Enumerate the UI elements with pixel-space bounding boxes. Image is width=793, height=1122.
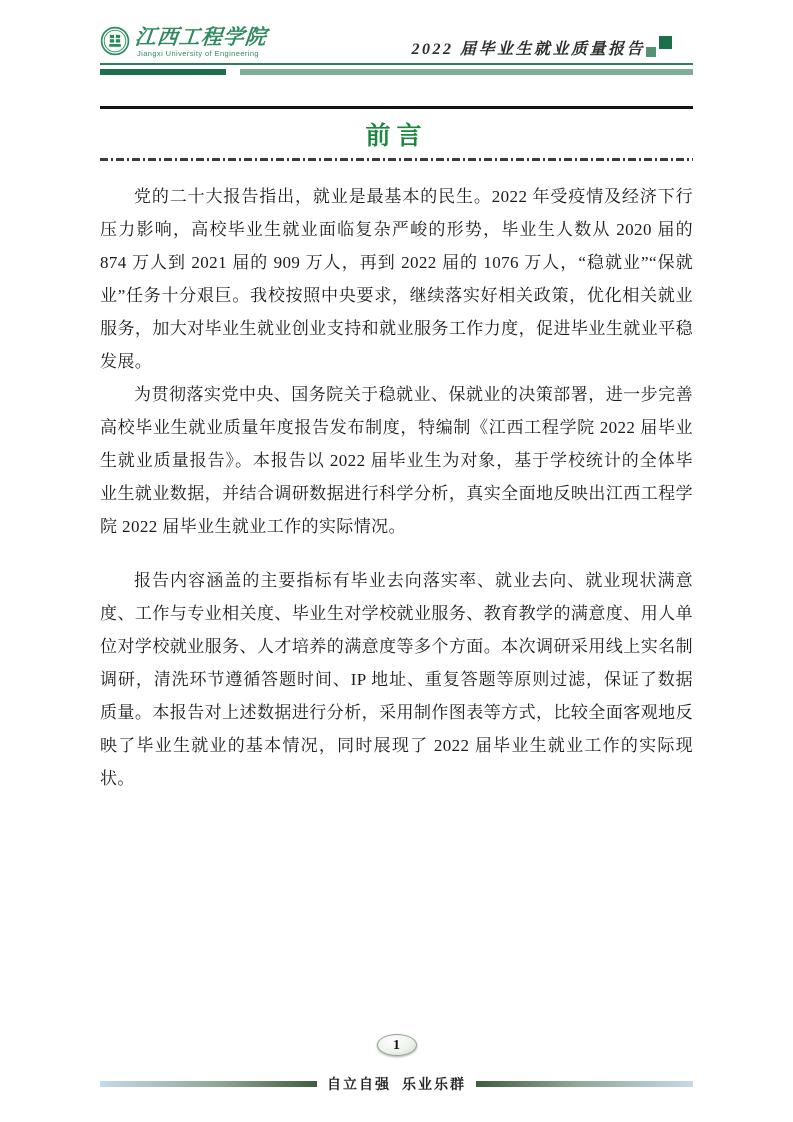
footer-gradient-bar-right [476, 1081, 693, 1087]
footer-motto-text: 自立自强 乐业乐群 [317, 1074, 476, 1094]
header-report-title: 2022 届毕业生就业质量报告 [411, 36, 645, 59]
header-rule-segment-gap [226, 69, 240, 75]
footer-motto-row: 自立自强 乐业乐群 [100, 1074, 693, 1094]
preface-body: 党的二十大报告指出，就业是最基本的民生。2022 年受疫情及经济下行压力影响，高… [100, 180, 693, 795]
header-rule-segment-dark [100, 69, 226, 75]
page-number-container: 1 [0, 1034, 793, 1056]
logo-text: 江西工程学院 Jiangxi University of Engineering [135, 26, 267, 58]
university-name-zh: 江西工程学院 [134, 26, 268, 48]
report-page: 江西工程学院 Jiangxi University of Engineering… [0, 0, 793, 1122]
main-content: 前言 党的二十大报告指出，就业是最基本的民生。2022 年受疫情及经济下行压力影… [100, 106, 693, 795]
university-logo: 江西工程学院 Jiangxi University of Engineering [100, 26, 267, 58]
footer-gradient-bar-left [100, 1081, 317, 1087]
university-name-en: Jiangxi University of Engineering [135, 49, 267, 58]
paragraph: 为贯彻落实党中央、国务院关于稳就业、保就业的决策部署，进一步完善高校毕业生就业质… [100, 378, 693, 543]
page-number-badge: 1 [377, 1034, 417, 1056]
title-bottom-dashed-rule [100, 158, 693, 161]
university-emblem-icon [100, 26, 130, 56]
header-rule-segment-light [240, 69, 693, 75]
decor-square-light [646, 47, 656, 57]
page-header: 江西工程学院 Jiangxi University of Engineering… [100, 0, 693, 80]
page-title: 前言 [100, 116, 693, 152]
paragraph: 党的二十大报告指出，就业是最基本的民生。2022 年受疫情及经济下行压力影响，高… [100, 180, 693, 378]
header-rule-bar [100, 69, 693, 75]
header-rule-thin [100, 63, 693, 65]
title-top-rule [100, 106, 693, 109]
decor-square-dark [659, 36, 672, 49]
paragraph: 报告内容涵盖的主要指标有毕业去向落实率、就业去向、就业现状满意度、工作与专业相关… [100, 564, 693, 795]
